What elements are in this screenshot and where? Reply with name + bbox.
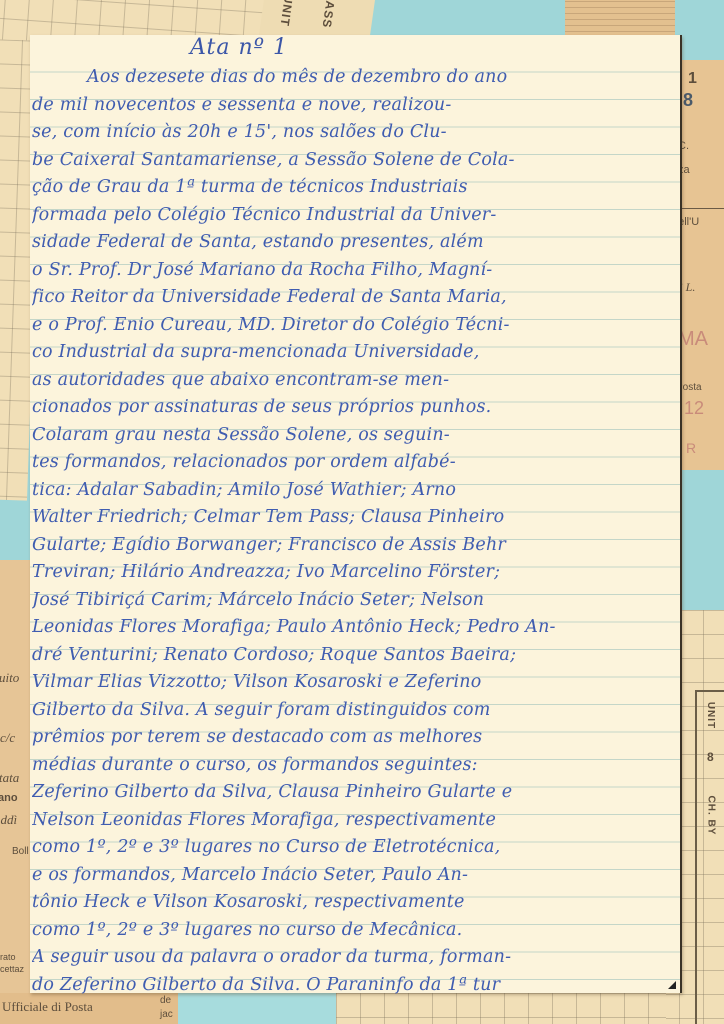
text-line: Treviran; Hilário Andreazza; Ivo Marceli…	[32, 559, 674, 587]
text-line: ção de Grau da 1ª turma de técnicos Indu…	[32, 174, 674, 202]
text-line: José Tibiriçá Carim; Márcelo Inácio Sete…	[32, 587, 674, 615]
grid-label-number: 8	[707, 750, 715, 764]
text-line: o Sr. Prof. Dr José Mariano da Rocha Fil…	[32, 257, 674, 285]
text-line: e o Prof. Enio Cureau, MD. Diretor do Co…	[32, 312, 674, 340]
text-line: dré Venturini; Renato Cordoso; Roque San…	[32, 642, 674, 670]
grid-label-chby: CH. BY	[705, 796, 716, 836]
receipt-left-label: ano	[0, 792, 18, 804]
text-line: Gilberto da Silva. A seguir foram distin…	[32, 697, 674, 725]
receipt-left-label: addì	[0, 812, 17, 828]
receipt-left-label: stata	[0, 770, 19, 786]
receipt-left-label: Boll	[12, 846, 29, 857]
text-line: as autoridades que abaixo encontram-se m…	[32, 367, 674, 395]
text-line: Walter Friedrich; Celmar Tem Pass; Claus…	[32, 504, 674, 532]
text-line: Gularte; Egídio Borwanger; Francisco de …	[32, 532, 674, 560]
text-line: como 1º, 2º e 3º lugares no Curso de Ele…	[32, 834, 674, 862]
bottom-label-ufficiale: Ufficiale di Posta	[2, 999, 93, 1015]
label-unit: UNIT	[277, 0, 295, 28]
text-line: tica: Adalar Sabadin; Amilo José Wathier…	[32, 477, 674, 505]
text-line: Nelson Leonidas Flores Morafiga, respect…	[32, 807, 674, 835]
text-line: co Industrial da supra-mencionada Univer…	[32, 339, 674, 367]
text-line: de mil novecentos e sessenta e nove, rea…	[32, 92, 674, 120]
text-line: do Zeferino Gilberto da Silva. O Paranin…	[32, 972, 674, 1000]
text-line: Leonidas Flores Morafiga; Paulo Antônio …	[32, 614, 674, 642]
text-line: e os formandos, Marcelo Inácio Seter, Pa…	[32, 862, 674, 890]
text-line: A seguir usou da palavra o orador da tur…	[32, 944, 674, 972]
text-line: tes formandos, relacionados por ordem al…	[32, 449, 674, 477]
text-line: prêmios por terem se destacado com as me…	[32, 724, 674, 752]
text-line: médias durante o curso, os formandos seg…	[32, 752, 674, 780]
notebook-page: Ata nº 1 Aos dezesete dias do mês de dez…	[30, 35, 682, 993]
handwritten-text: Aos dezesete dias do mês de dezembro do …	[32, 64, 674, 999]
text-line: sidade Federal de Santa, estando present…	[32, 229, 674, 257]
text-line: tônio Heck e Vilson Kosaroski, respectiv…	[32, 889, 674, 917]
text-line: Aos dezesete dias do mês de dezembro do …	[32, 64, 674, 92]
receipt-label: R	[686, 440, 696, 456]
text-line: be Caixeral Santamariense, a Sessão Sole…	[32, 147, 674, 175]
text-line: Colaram grau nesta Sessão Solene, os seg…	[32, 422, 674, 450]
receipt-label: 12	[684, 398, 704, 419]
receipt-left-label: ruito	[0, 670, 19, 686]
receipt-left-label: cettaz	[0, 964, 24, 974]
page-corner-mark	[668, 981, 676, 989]
text-line: Vilmar Elias Vizzotto; Vilson Kosaroski …	[32, 669, 674, 697]
grid-label-unit: UNIT	[705, 702, 716, 729]
text-line: se, com início às 20h e 15', nos salões …	[32, 119, 674, 147]
page-title: Ata nº 1	[190, 35, 288, 60]
label-ass: ASS	[320, 0, 338, 29]
bottom-label: jac	[160, 1009, 173, 1020]
text-line: formada pelo Colégio Técnico Industrial …	[32, 202, 674, 230]
text-line: como 1º, 2º e 3º lugares no curso de Mec…	[32, 917, 674, 945]
text-line: fico Reitor da Universidade Federal de S…	[32, 284, 674, 312]
receipt-label: 1	[688, 70, 698, 88]
text-line: cionados por assinaturas de seus próprio…	[32, 394, 674, 422]
receipt-left-label: c/c	[0, 730, 15, 746]
receipt-left-label: rato	[0, 952, 16, 962]
text-line: Zeferino Gilberto da Silva, Clausa Pinhe…	[32, 779, 674, 807]
receipt-label: MA	[678, 328, 708, 351]
